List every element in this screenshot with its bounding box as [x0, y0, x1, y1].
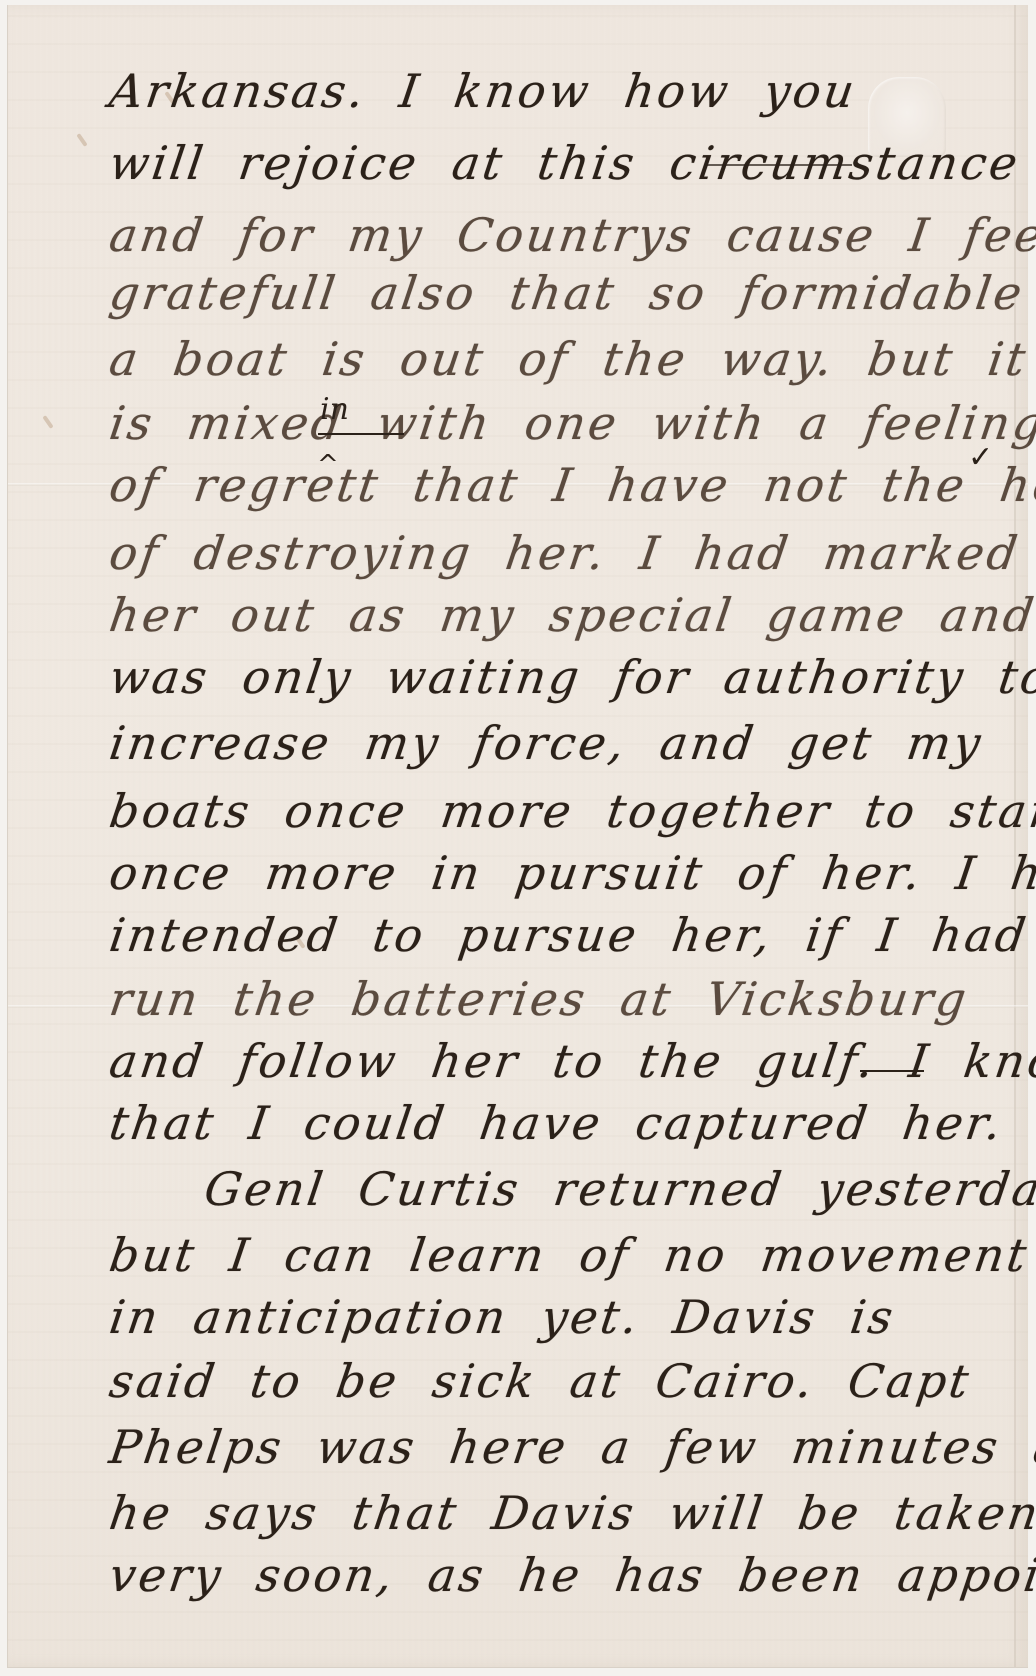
letter-line: and follow her to the gulf. I know — [107, 1038, 1036, 1084]
letter-line: of destroying her. I had marked — [107, 530, 1023, 576]
letter-line: increase my force, and get my — [107, 720, 986, 766]
letter-line: is mixed with one with a feeling — [107, 400, 1036, 446]
letter-line: Arkansas. I know how you — [107, 68, 860, 114]
letter-line: will rejoice at this circumstance — [107, 140, 1023, 186]
letter-line: said to be sick at Cairo. Capt — [107, 1358, 974, 1404]
letter-line: a boat is out of the way. but it — [107, 336, 1031, 382]
letter-line: Genl Curtis returned yesterday — [202, 1166, 1036, 1212]
letter-line: run the batteries at Vicksburg — [107, 976, 972, 1022]
letter-line: that I could have captured her. — [107, 1100, 1007, 1146]
letter-line: very soon, as he has been appointed to a — [107, 1552, 1036, 1598]
inserted-word: in — [320, 392, 349, 427]
letter-line: of regrett that I have not the honor — [107, 462, 1036, 508]
letter-line: but I can learn of no movement — [107, 1232, 1032, 1278]
underline-mark — [860, 1070, 924, 1072]
letter-line: Phelps was here a few minutes ago — [107, 1424, 1036, 1470]
letter-line: in anticipation yet. Davis is — [107, 1294, 899, 1340]
underline-mark — [706, 164, 852, 166]
letter-line: he says that Davis will be taken away — [107, 1490, 1036, 1536]
letter-line: boats once more together to start — [107, 788, 1036, 834]
checkmark-icon: ✓ — [968, 440, 993, 475]
letter-line: once more in pursuit of her. I had — [107, 850, 1036, 896]
letter-line: gratefull also that so formidable — [107, 270, 1028, 316]
letter-line: intended to pursue her, if I had to — [107, 912, 1036, 958]
letter-line: and for my Countrys cause I feel — [107, 212, 1036, 258]
insertion-caret-icon: ^ — [317, 450, 339, 480]
letter-line: her out as my special game and — [107, 592, 1036, 638]
letter-line: was only waiting for authority to — [107, 654, 1036, 700]
strikethrough-mark — [318, 433, 404, 435]
scan-background: Arkansas. I know how you will rejoice at… — [0, 0, 1036, 1676]
letter-body: Arkansas. I know how you will rejoice at… — [0, 0, 1036, 1676]
